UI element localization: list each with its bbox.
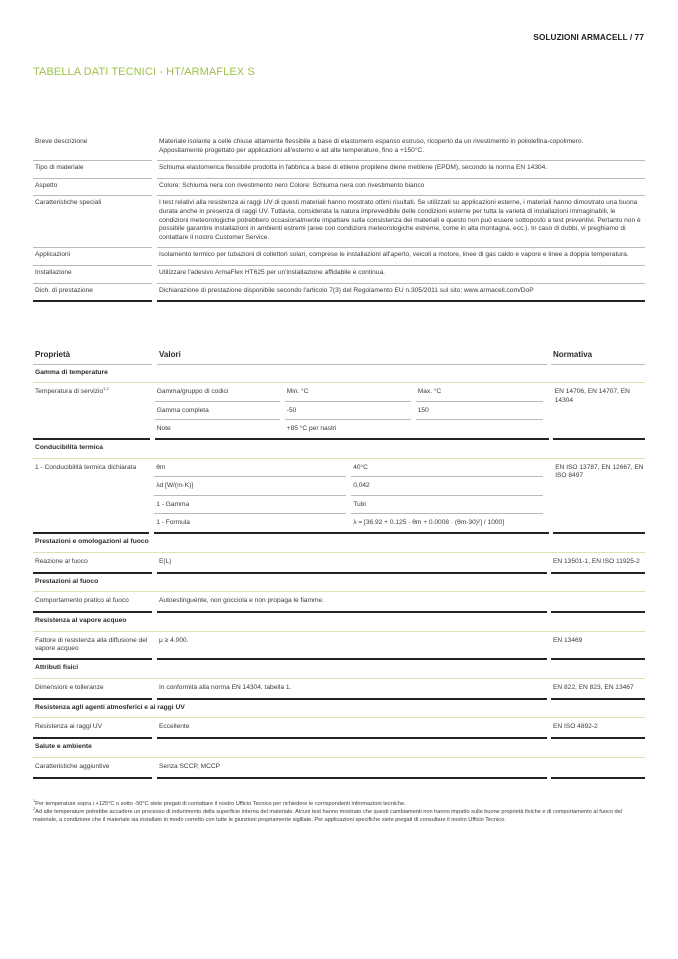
header-standard: Normativa <box>551 348 645 365</box>
property-value: Senza SCCP, MCCP <box>157 758 547 779</box>
row-label: Installazione <box>33 266 152 284</box>
table-row: AspettoColore: Schiuma nera con rivestim… <box>33 179 645 197</box>
sub-cell: λd [W/(m·K)] <box>154 477 346 496</box>
standard-value: EN 13469 <box>551 632 645 660</box>
row-value: Isolamento termico per tubazioni di coll… <box>157 248 645 266</box>
header-property: Proprietà <box>33 348 152 365</box>
row-label: Caratteristiche speciali <box>33 196 152 248</box>
row-label: Dich. di prestazione <box>33 284 152 303</box>
property-name: 1 - Conducibilità termica dichiarata <box>33 459 149 534</box>
sub-row: θm40°C <box>154 459 549 478</box>
property-name: Comportamento pratico al fuoco <box>33 592 152 613</box>
property-name: Dimensioni e tolleranze <box>33 679 152 700</box>
row-value: Utilizzare l'adesivo ArmaFlex HT625 per … <box>157 266 645 284</box>
standard-value: EN 14706, EN 14707, EN 14304 <box>553 383 645 440</box>
sub-cell: 40°C <box>351 459 543 478</box>
row-value-line: I test relativi alla resistenza ai raggi… <box>159 199 645 242</box>
property-name: Resistenza ai raggi UV <box>33 718 152 739</box>
sub-cell: 1 - Formula <box>154 514 346 532</box>
table-row: Caratteristiche aggiuntiveSenza SCCP, MC… <box>33 758 645 779</box>
sub-cell: λ = [36.92 + 0.125 · θm + 0.0008 · (θm-3… <box>351 514 543 532</box>
row-value: Schiuma elastomerica flessibile prodotta… <box>157 161 645 179</box>
sub-row: 1 - GammaTubi <box>154 496 549 515</box>
property-name: Reazione al fuoco <box>33 553 152 574</box>
page-header-label: SOLUZIONI ARMACELL / 77 <box>533 33 644 42</box>
section-title: Prestazioni al fuoco <box>33 574 645 593</box>
property-value: Eccellente <box>157 718 547 739</box>
sub-cell: -50 <box>285 402 411 421</box>
page-title: TABELLA DATI TECNICI - HT/ARMAFLEX S <box>33 66 255 78</box>
table-row: ApplicazioniIsolamento termico per tubaz… <box>33 248 645 266</box>
standard-value: EN 13501-1, EN ISO 11925-2 <box>551 553 645 574</box>
sub-cell: Max. °C <box>416 383 543 402</box>
row-value: Dichiarazione di prestazione disponibile… <box>157 284 645 303</box>
description-table: Breve descrizioneMateriale isolante a ce… <box>33 135 645 302</box>
sub-row: Gamma completa-50150 <box>155 402 549 421</box>
section-title: Prestazioni e omologazioni al fuoco <box>33 534 645 553</box>
row-value: Colore: Schiuma nera con rivestimento ne… <box>157 179 645 197</box>
table-row: Caratteristiche specialiI test relativi … <box>33 196 645 248</box>
section-title: Attributi fisici <box>33 660 645 679</box>
property-name: Caratteristiche aggiuntive <box>33 758 152 779</box>
section-title: Resistenza al vapore acqueo <box>33 613 645 632</box>
row-value-line: Schiuma elastomerica flessibile prodotta… <box>159 164 645 173</box>
section-title: Resistenza agli agenti atmosferici e ai … <box>33 700 645 719</box>
sub-cell: 1 - Gamma <box>154 496 346 515</box>
property-name: Temperatura di servizio1,2 <box>33 383 150 440</box>
row-value-line: Colore: Schiuma nera con rivestimento ne… <box>159 182 645 191</box>
sub-cell: +85 °C per nastri <box>285 420 541 438</box>
row-value-line: Isolamento termico per tubazioni di coll… <box>159 251 645 260</box>
table-row: Comportamento pratico al fuocoAutoesting… <box>33 592 645 613</box>
sub-cell: 0,042 <box>351 477 543 496</box>
row-label: Breve descrizione <box>33 135 152 161</box>
row-value-line: Dichiarazione di prestazione disponibile… <box>159 287 645 296</box>
standard-value: EN ISO 13787, EN 12667, EN ISO 8497 <box>553 459 645 534</box>
standard-value <box>551 592 645 613</box>
table-row-temperature: Temperatura di servizio1,2 Gamma/gruppo … <box>33 383 645 440</box>
row-value: Materiale isolante a celle chiuse altame… <box>157 135 645 161</box>
table-row: InstallazioneUtilizzare l'adesivo ArmaFl… <box>33 266 645 284</box>
footnote: 2Ad alte temperature potrebbe accadere u… <box>33 809 645 824</box>
table-row: Dich. di prestazioneDichiarazione di pre… <box>33 284 645 303</box>
sub-row-note: Note+85 °C per nastri <box>155 420 549 438</box>
table-row: Fattore di resistenza alla diffusione de… <box>33 632 645 660</box>
section-title-conductivity: Conducibilità termica <box>33 440 645 459</box>
temperature-values: Gamma/gruppo di codiciMin. °CMax. °CGamm… <box>155 383 549 440</box>
table-row-conductivity: 1 - Conducibilità termica dichiarata θm4… <box>33 459 645 534</box>
section-title-temperature: Gamma di temperature <box>33 365 645 384</box>
row-value: I test relativi alla resistenza ai raggi… <box>157 196 645 248</box>
property-name: Fattore di resistenza alla diffusione de… <box>33 632 152 660</box>
row-label: Tipo di materiale <box>33 161 152 179</box>
standard-value: EN ISO 4892-2 <box>551 718 645 739</box>
table-row: Dimensioni e tolleranzeIn conformità all… <box>33 679 645 700</box>
footnote-mark: 1 <box>33 798 35 803</box>
standard-value: EN 822, EN 823, EN 13467 <box>551 679 645 700</box>
row-label: Applicazioni <box>33 248 152 266</box>
table-row: Tipo di materialeSchiuma elastomerica fl… <box>33 161 645 179</box>
property-value: Autoestinguente, non gocciola e non prop… <box>157 592 547 613</box>
sub-cell: Min. °C <box>285 383 411 402</box>
table-row: Reazione al fuocoE(L)EN 13501-1, EN ISO … <box>33 553 645 574</box>
header-values: Valori <box>157 348 547 365</box>
table-row: Breve descrizioneMateriale isolante a ce… <box>33 135 645 161</box>
properties-table-header: Proprietà Valori Normativa <box>33 348 645 365</box>
sub-cell: θm <box>154 459 346 478</box>
sub-row: λd [W/(m·K)]0,042 <box>154 477 549 496</box>
property-value: In conformità alla norma EN 14304, tabel… <box>157 679 547 700</box>
row-value-line: Appositamente progettato per applicazion… <box>159 147 645 156</box>
property-value: E(L) <box>157 553 547 574</box>
footnote-mark: 2 <box>33 807 35 812</box>
table-row: Resistenza ai raggi UVEccellenteEN ISO 4… <box>33 718 645 739</box>
sub-cell: Note <box>155 420 280 438</box>
sub-cell: Gamma completa <box>155 402 280 421</box>
sub-cell: Gamma/gruppo di codici <box>155 383 280 402</box>
property-value: μ ≥ 4.000. <box>157 632 547 660</box>
row-value-line: Materiale isolante a celle chiuse altame… <box>159 138 645 147</box>
conductivity-values: θm40°Cλd [W/(m·K)]0,0421 - GammaTubi1 - … <box>154 459 549 534</box>
footnotes: 1Per temperature sopra i +125°C o sotto … <box>33 801 645 825</box>
footnote: 1Per temperature sopra i +125°C o sotto … <box>33 801 645 808</box>
section-title: Salute e ambiente <box>33 739 645 758</box>
sub-cell: 150 <box>416 402 543 421</box>
row-label: Aspetto <box>33 179 152 197</box>
sub-row: 1 - Formulaλ = [36.92 + 0.125 · θm + 0.0… <box>154 514 549 532</box>
properties-table: Proprietà Valori Normativa Gamma di temp… <box>33 348 645 779</box>
row-value-line: Utilizzare l'adesivo ArmaFlex HT625 per … <box>159 269 645 278</box>
standard-value <box>551 758 645 779</box>
sub-cell: Tubi <box>351 496 543 515</box>
sub-row-header: Gamma/gruppo di codiciMin. °CMax. °C <box>155 383 549 402</box>
